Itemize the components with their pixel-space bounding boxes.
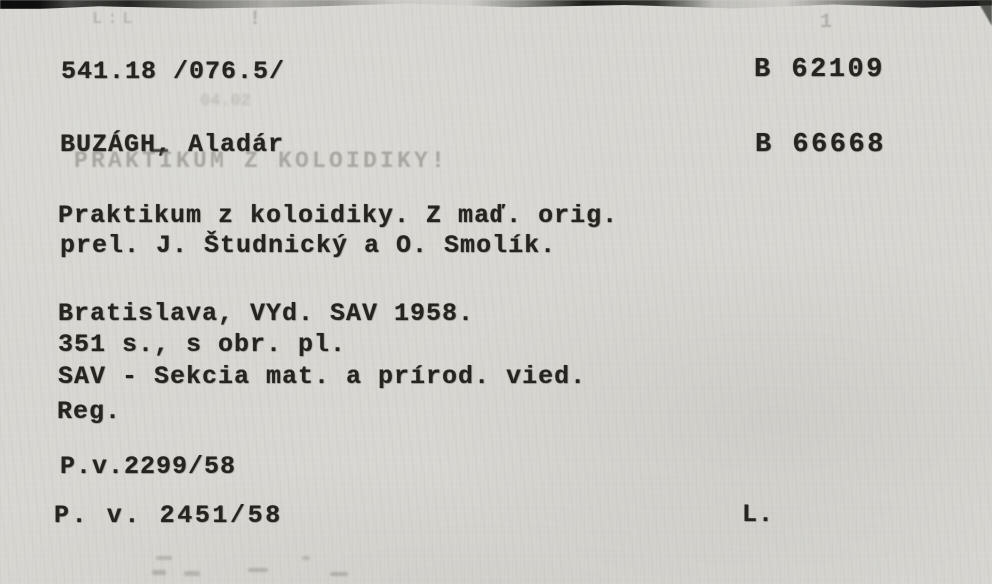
title-line-1: Praktikum z koloidiky. Z maď. orig.	[58, 201, 618, 230]
imprint-line-3: SAV - Sekcia mat. a prírod. vied.	[58, 362, 586, 391]
title-line-2: prel. J. Študnický a O. Smolík.	[60, 231, 556, 260]
cataloguer-initial: L.	[742, 500, 774, 529]
imprint-line-2: 351 s., s obr. pl.	[58, 330, 346, 359]
bottom-smudge-6	[330, 572, 348, 576]
call-number: 541.18 /076.5/	[61, 57, 285, 86]
ghost-mark-top-left: L:L	[92, 10, 138, 29]
scanner-edge-artifact	[0, 0, 992, 9]
ghost-typed-title-caps: PRAKTIKUM Z KOLOIDIKY!	[74, 148, 448, 174]
ghost-page-number: 1	[820, 11, 832, 34]
bottom-smudge-5	[302, 556, 310, 560]
catalog-card-scan: L:L ! 1 04.02 541.18 /076.5/ B 62109 BUZ…	[0, 0, 992, 584]
bottom-smudge-2	[152, 570, 166, 575]
corner-fold-artifact	[977, 0, 992, 26]
imprint-line-1: Bratislava, VYd. SAV 1958.	[58, 299, 474, 328]
note-reg: Reg.	[57, 397, 121, 426]
accession-number-1: B 62109	[754, 55, 885, 85]
accession-number-2: B 66668	[755, 130, 886, 160]
bottom-smudge-4	[248, 568, 268, 572]
registry-number-1: P.v.2299/58	[60, 452, 236, 481]
ghost-exclamation-mark: !	[249, 8, 261, 31]
ghost-under-call-number: 04.02	[200, 92, 251, 111]
registry-number-2: P. v. 2451/58	[54, 501, 283, 530]
bottom-smudge-1	[156, 556, 172, 560]
bottom-smudge-3	[184, 571, 200, 576]
